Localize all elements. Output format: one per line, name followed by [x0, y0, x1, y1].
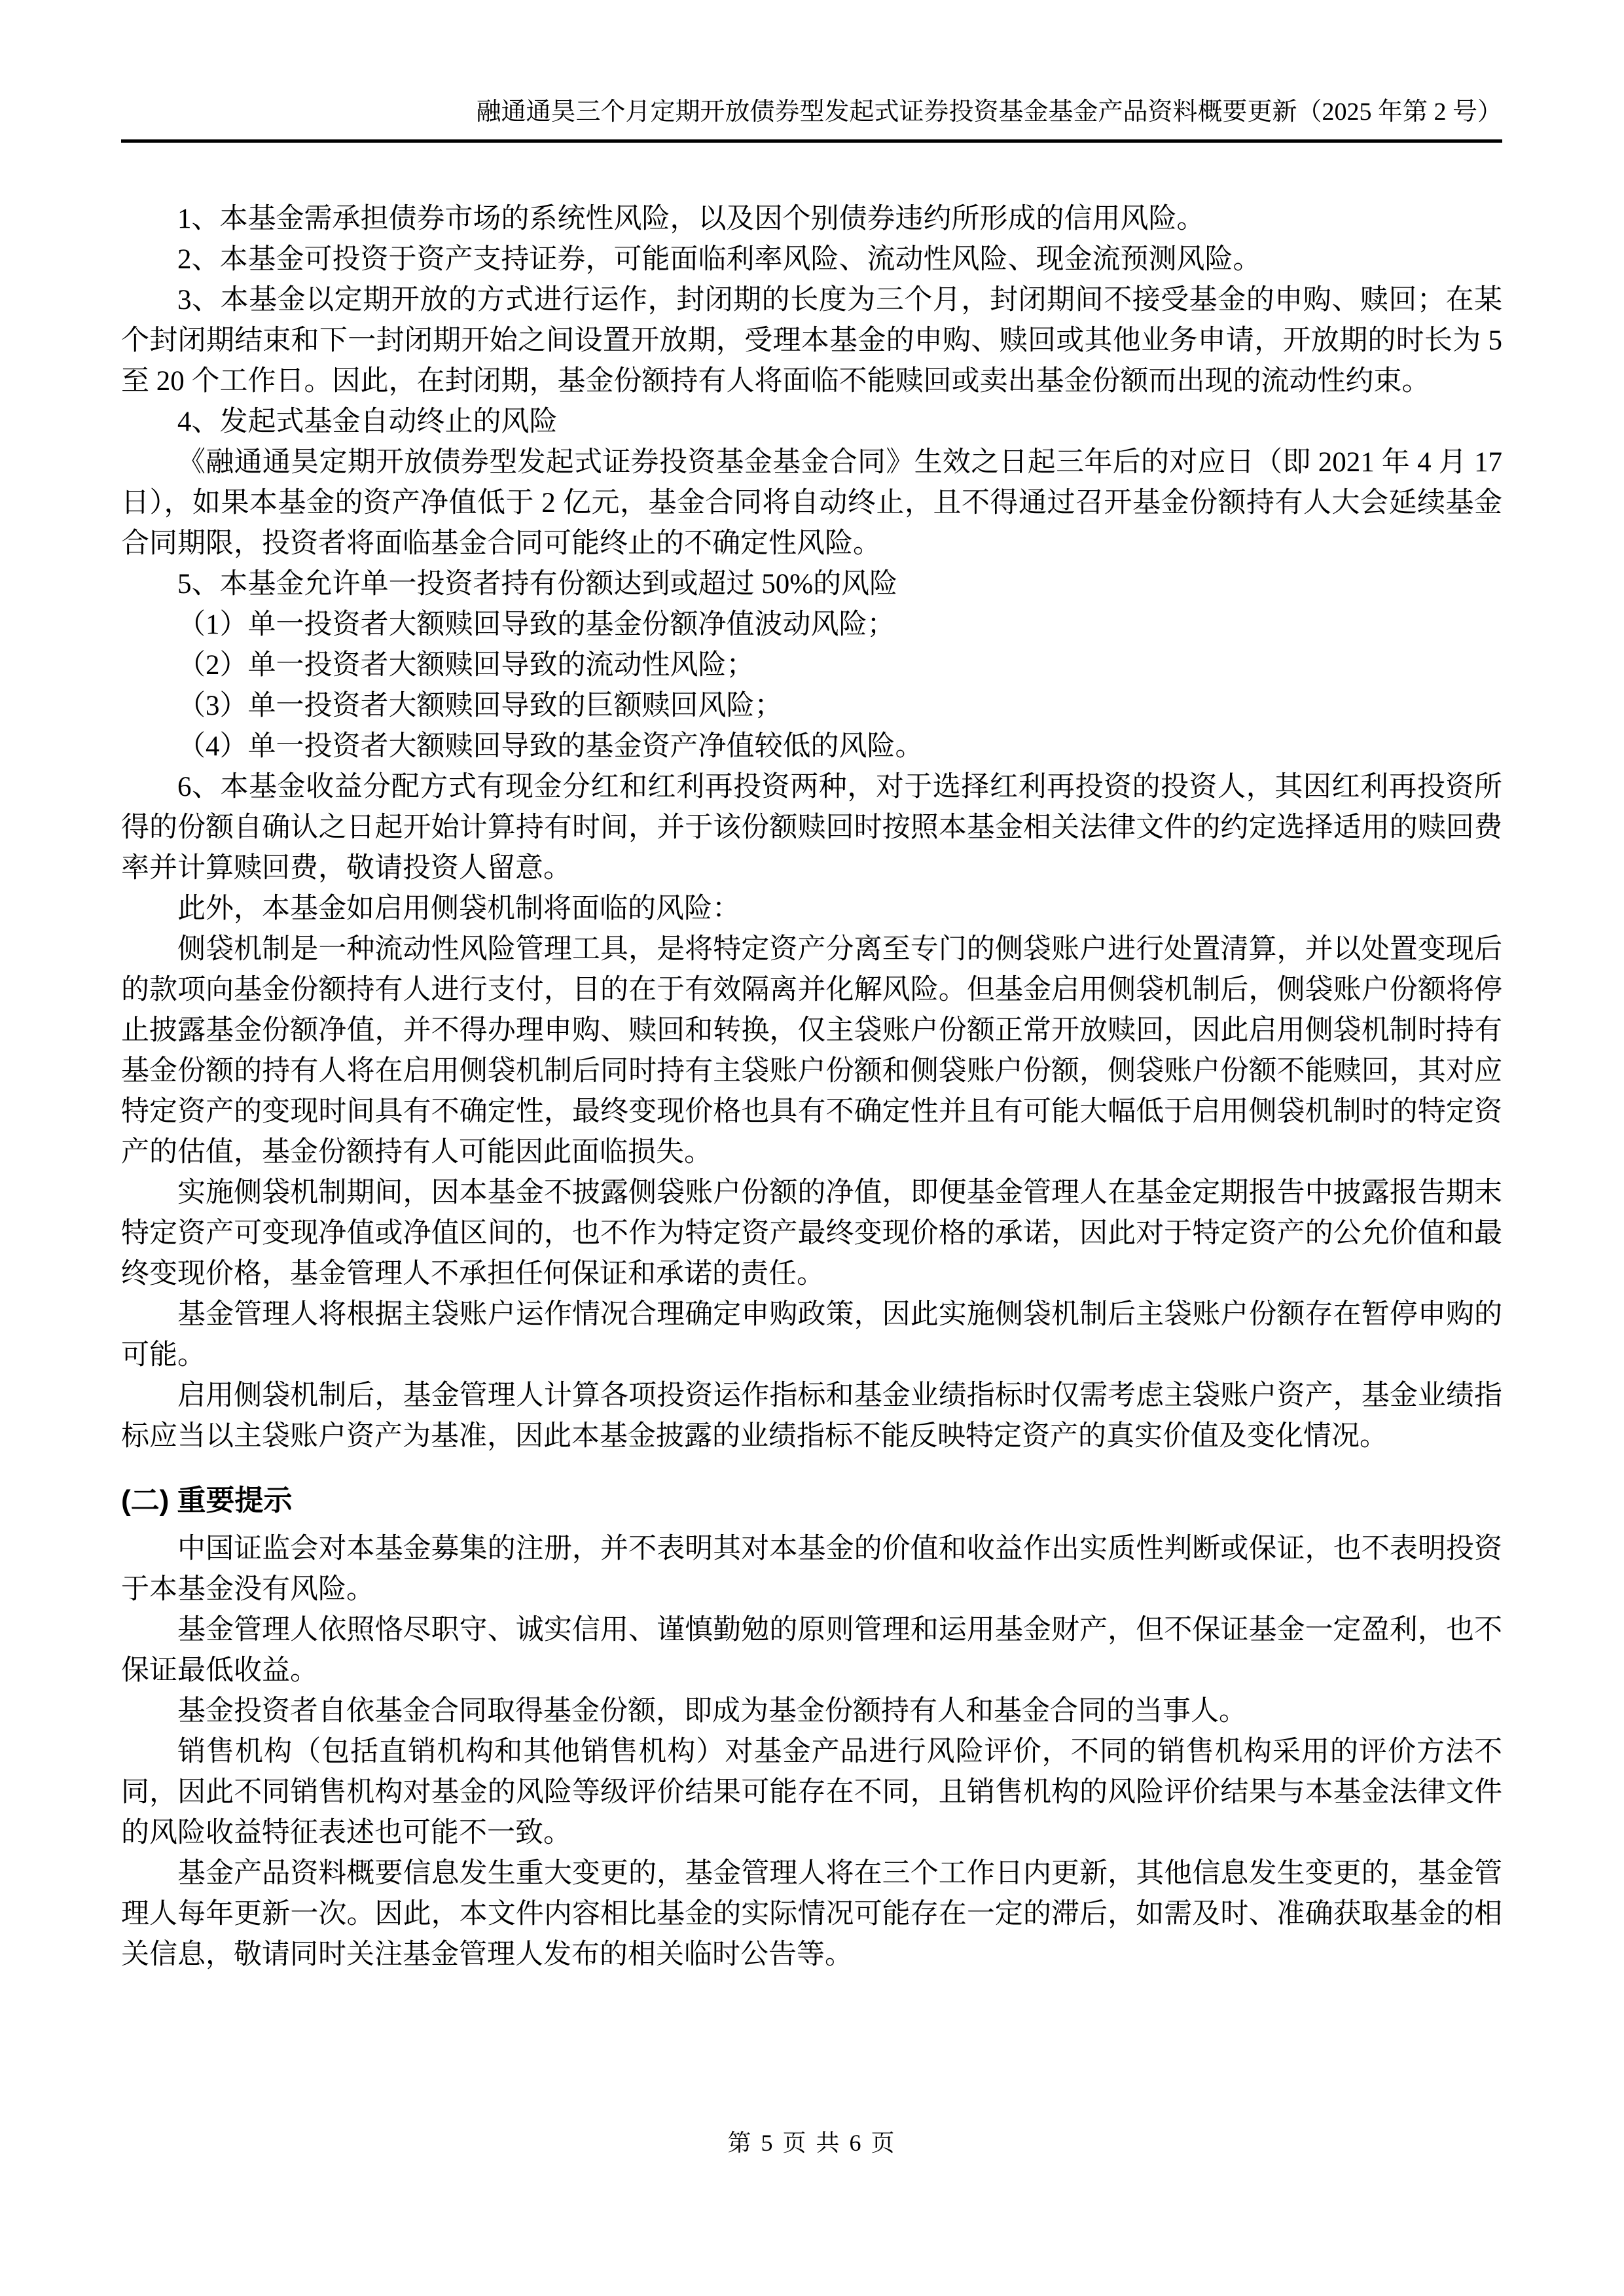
page-footer: 第 5 页 共 6 页: [0, 2125, 1624, 2158]
paragraph: 此外，本基金如启用侧袋机制将面临的风险：: [121, 889, 1502, 929]
paragraph: 6、本基金收益分配方式有现金分红和红利再投资两种，对于选择红利再投资的投资人，其…: [121, 767, 1502, 889]
paragraph: （4）单一投资者大额赎回导致的基金资产净值较低的风险。: [121, 726, 1502, 767]
paragraph: 基金管理人将根据主袋账户运作情况合理确定申购政策，因此实施侧袋机制后主袋账户份额…: [121, 1295, 1502, 1376]
paragraph: （2）单一投资者大额赎回导致的流动性风险；: [121, 645, 1502, 686]
paragraph: 实施侧袋机制期间，因本基金不披露侧袋账户份额的净值，即便基金管理人在基金定期报告…: [121, 1173, 1502, 1295]
paragraph: 基金产品资料概要信息发生重大变更的，基金管理人将在三个工作日内更新，其他信息发生…: [121, 1854, 1502, 1975]
document-title: 融通通昊三个月定期开放债券型发起式证券投资基金基金产品资料概要更新（2025 年…: [476, 98, 1502, 126]
paragraph: 侧袋机制是一种流动性风险管理工具，是将特定资产分离至专门的侧袋账户进行处置清算，…: [121, 929, 1502, 1173]
paragraph: 《融通通昊定期开放债券型发起式证券投资基金基金合同》生效之日起三年后的对应日（即…: [121, 442, 1502, 564]
section-heading: (二) 重要提示: [121, 1480, 1502, 1521]
paragraph: 1、本基金需承担债券市场的系统性风险，以及因个别债券违约所形成的信用风险。: [121, 199, 1502, 240]
paragraph: 基金投资者自依基金合同取得基金份额，即成为基金份额持有人和基金合同的当事人。: [121, 1691, 1502, 1732]
paragraph: 5、本基金允许单一投资者持有份额达到或超过 50%的风险: [121, 564, 1502, 605]
page-number: 第 5 页 共 6 页: [727, 2130, 896, 2156]
paragraph: （1）单一投资者大额赎回导致的基金份额净值波动风险；: [121, 605, 1502, 645]
paragraph: 3、本基金以定期开放的方式进行运作，封闭期的长度为三个月，封闭期间不接受基金的申…: [121, 280, 1502, 402]
document-page: 融通通昊三个月定期开放债券型发起式证券投资基金基金产品资料概要更新（2025 年…: [0, 0, 1624, 2296]
paragraph: 基金管理人依照恪尽职守、诚实信用、谨慎勤勉的原则管理和运用基金财产，但不保证基金…: [121, 1610, 1502, 1691]
paragraph: 销售机构（包括直销机构和其他销售机构）对基金产品进行风险评价，不同的销售机构采用…: [121, 1732, 1502, 1854]
paragraph: 4、发起式基金自动终止的风险: [121, 402, 1502, 442]
paragraph: 2、本基金可投资于资产支持证券，可能面临利率风险、流动性风险、现金流预测风险。: [121, 240, 1502, 280]
paragraph: 中国证监会对本基金募集的注册，并不表明其对本基金的价值和收益作出实质性判断或保证…: [121, 1529, 1502, 1610]
page-header: 融通通昊三个月定期开放债券型发起式证券投资基金基金产品资料概要更新（2025 年…: [121, 96, 1502, 143]
document-body: 1、本基金需承担债券市场的系统性风险，以及因个别债券违约所形成的信用风险。 2、…: [121, 199, 1502, 1975]
paragraph: （3）单一投资者大额赎回导致的巨额赎回风险；: [121, 686, 1502, 726]
paragraph: 启用侧袋机制后，基金管理人计算各项投资运作指标和基金业绩指标时仅需考虑主袋账户资…: [121, 1376, 1502, 1457]
